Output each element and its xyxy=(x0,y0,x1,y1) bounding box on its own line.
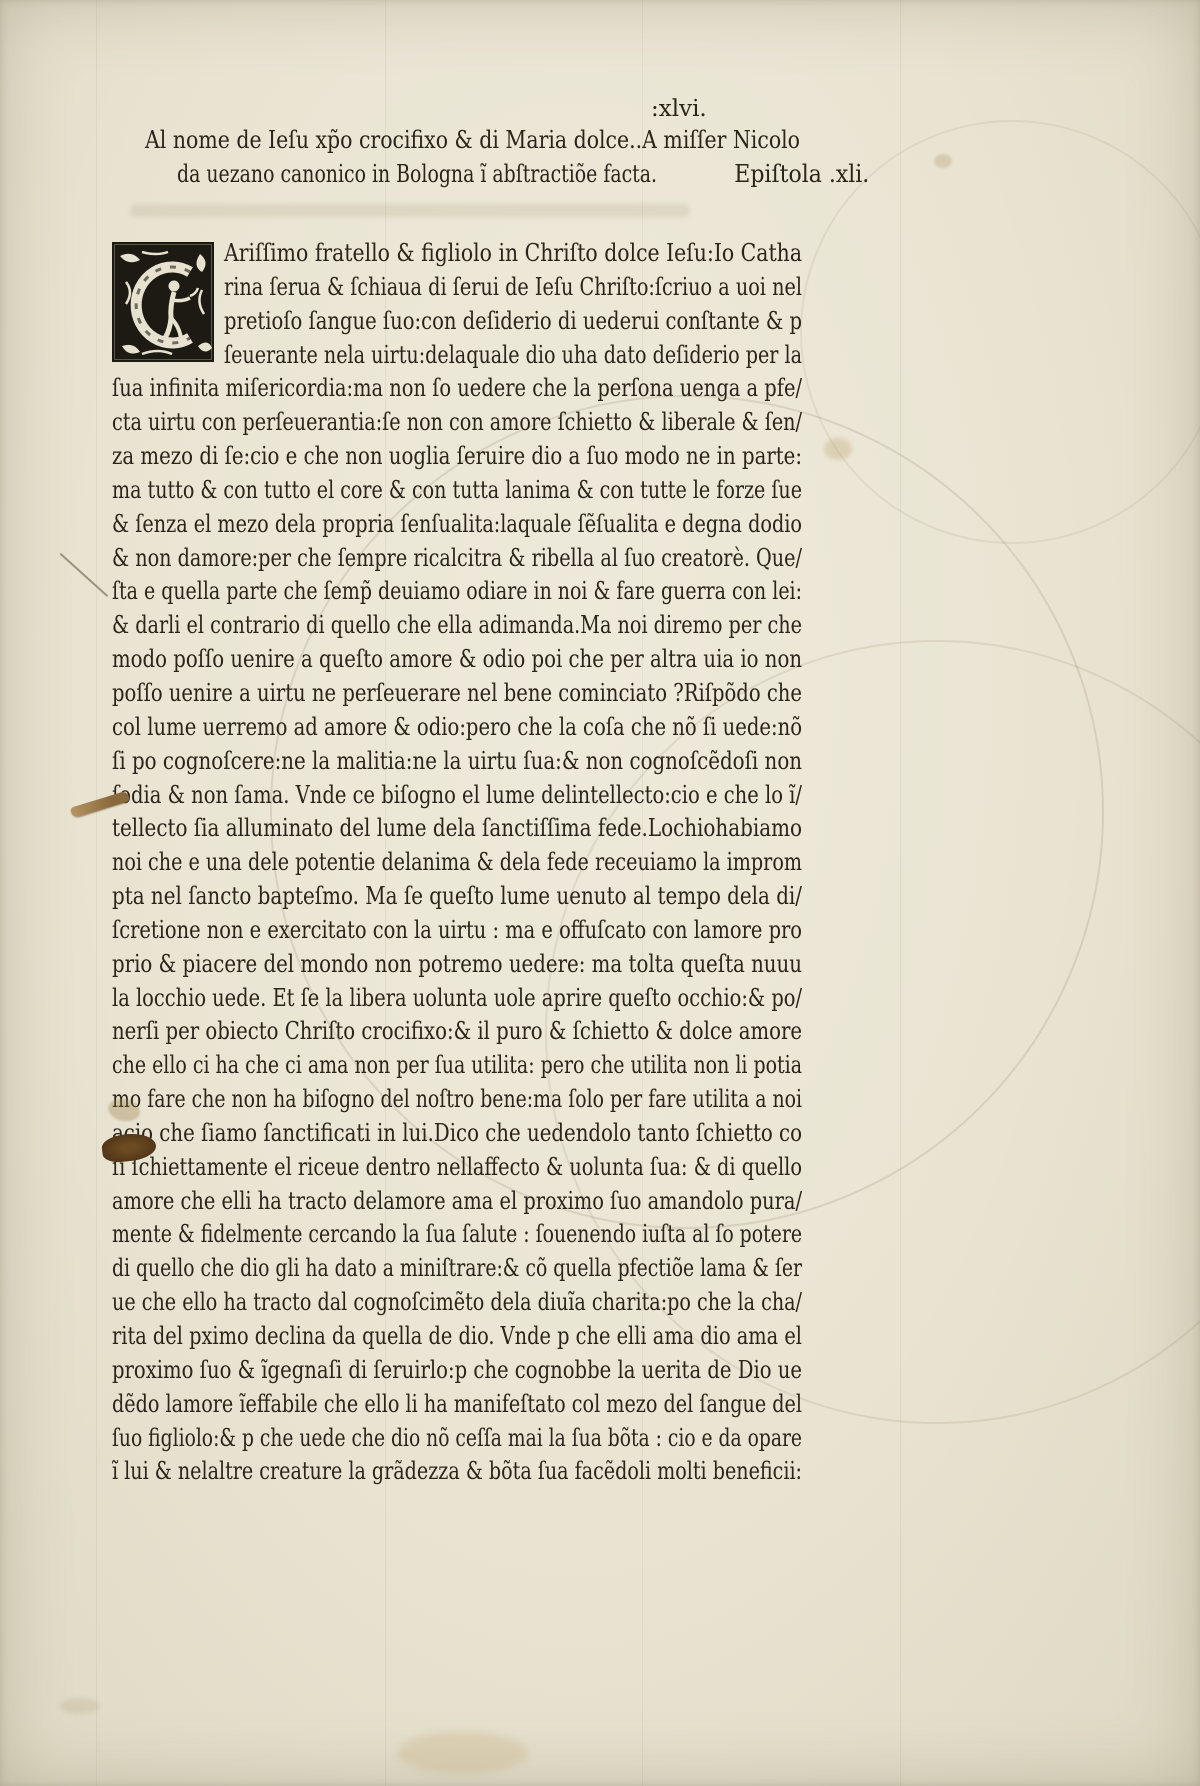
text-line: dẽdo lamore ĩeffabile che ello li ha man… xyxy=(112,1388,802,1422)
text-line: acio che ſiamo ſanctificati in lui.Dico … xyxy=(112,1117,802,1151)
text-line: & darli el contrario di quello che ella … xyxy=(112,609,802,643)
text-line: & ſenza el mezo dela propria ſenſualita:… xyxy=(112,508,802,542)
text-line: ſi ſchiettamente el riceue dentro nellaf… xyxy=(112,1151,802,1185)
text-line: che ello ci ha che ci ama non per ſua ut… xyxy=(112,1049,802,1083)
heading-line-2: da uezano canonico in Bologna ĩ abſtract… xyxy=(112,158,802,192)
text-line: ſi po cognoſcere:ne la malitia:ne la uir… xyxy=(112,745,802,779)
text-line: noi che e una dele potentie delanima & d… xyxy=(112,846,802,880)
paper-stain xyxy=(398,1732,528,1774)
text-line: ſeuerante nela uirtu:delaquale dio uha d… xyxy=(224,339,802,373)
text-line: & non damore:per che ſempre ricalcitra &… xyxy=(112,542,802,576)
margin-scratch-mark xyxy=(60,553,109,597)
epistola-number-label: Epiſtola .xli. xyxy=(734,158,869,192)
text-line: col lume uerremo ad amore & odio:pero ch… xyxy=(112,711,802,745)
text-line: ſua infinita miſericordia:ma non ſo uede… xyxy=(112,372,802,406)
text-line: la locchio uede. Et ſe la libera uolunta… xyxy=(112,982,802,1016)
text-line: ma tutto & con tutto el core & con tutta… xyxy=(112,474,802,508)
text-line: ſcretione non e exercitato con la uirtu … xyxy=(112,914,802,948)
heading-line-1: Al nome de Ieſu xp̃o crocifixo & di Mari… xyxy=(145,124,913,158)
letter-body: Ariſſimo fratello & figliolo in Chriſto … xyxy=(112,237,802,1489)
text-line: ĩ lui & nelaltre creature la grãdezza & … xyxy=(112,1455,802,1489)
text-line: nerſi per obiecto Chriſto crocifixo:& il… xyxy=(112,1015,802,1049)
text-line: rita del pximo declina da quella de dio.… xyxy=(112,1320,802,1354)
text-line: ſta e quella parte che ſemp̃ deuiamo odi… xyxy=(112,575,802,609)
text-line: modo poſſo uenire a queſto amore & odio … xyxy=(112,643,802,677)
text-line: pretioſo ſangue ſuo:con deſiderio di ued… xyxy=(224,305,802,339)
incunabulum-page: :xlvi. Al nome de Ieſu xp̃o crocifixo & … xyxy=(0,0,1200,1786)
text-line: za mezo di ſe:cio e che non uoglia ſerui… xyxy=(112,440,802,474)
text-line: amore che elli ha tracto delamore ama el… xyxy=(112,1185,802,1219)
paper-stain xyxy=(60,1698,100,1714)
text-line: cta uirtu con perſeuerantia:ſe non con a… xyxy=(112,406,802,440)
text-line: mo fare che non ha biſogno del noſtro be… xyxy=(112,1083,802,1117)
text-line: proximo ſuo & ĩgegnaſi di ſeruirlo:p che… xyxy=(112,1354,802,1388)
text-line: ue che ello ha tracto dal cognoſcimẽto d… xyxy=(112,1286,802,1320)
text-line: mente & fidelmente cercando la ſua ſalut… xyxy=(112,1218,802,1252)
text-line: Ariſſimo fratello & figliolo in Chriſto … xyxy=(224,237,802,271)
folio-number: :xlvi. xyxy=(651,94,707,124)
text-line: pta nel ſancto bapteſmo. Ma ſe queſto lu… xyxy=(112,880,802,914)
text-line: tellecto ſia alluminato del lume dela ſa… xyxy=(112,812,802,846)
text-line: di quello che dio gli ha dato a miniſtra… xyxy=(112,1252,802,1286)
text-line: prio & piacere del mondo non potremo ued… xyxy=(112,948,802,982)
text-line: ſodia & non ſama. Vnde ce biſogno el lum… xyxy=(112,779,802,813)
text-line: ſuo figliolo:& p che uede che dio nõ ceſ… xyxy=(112,1422,802,1456)
paper-chainline xyxy=(96,0,97,1786)
show-through-text-ghost xyxy=(130,204,690,217)
text-line: poſſo uenire a uirtu ne perſeuerare nel … xyxy=(112,677,802,711)
heading-line-2-left: da uezano canonico in Bologna ĩ abſtract… xyxy=(177,158,657,192)
text-line: rina ſerua & ſchiaua di ſerui de Ieſu Ch… xyxy=(224,271,802,305)
